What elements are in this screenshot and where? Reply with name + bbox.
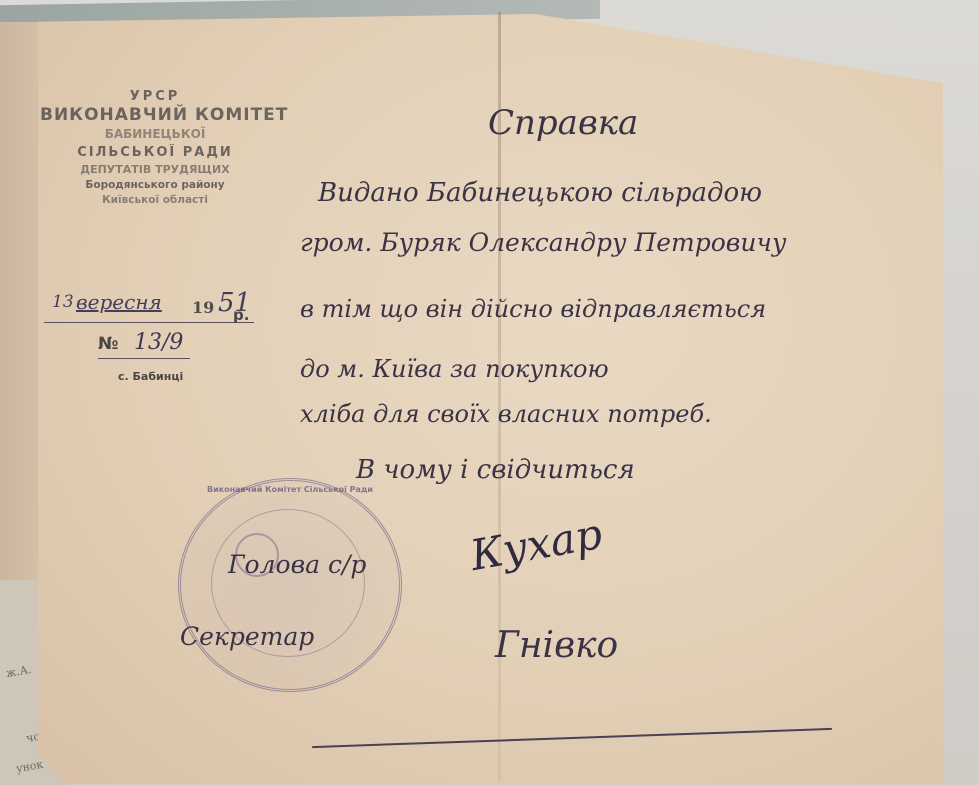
stamp-line-district: Бородянського району (40, 180, 270, 191)
official-round-seal: Виконавчий Комітет Сільської Ради (178, 478, 402, 692)
scrap-text: ж.А. (5, 663, 32, 680)
document-title: Справка (488, 103, 638, 143)
body-line-5: хліба для своїх власних потреб. (300, 400, 712, 428)
chairman-label: Голова с/р (228, 550, 366, 579)
stamp-line-deputies: ДЕПУТАТІВ ТРУДЯЩИХ (40, 164, 270, 175)
date-year-prefix: 19 (192, 298, 214, 317)
document-number: № 13/9 (98, 330, 190, 359)
office-stamp-header: УРСР ВИКОНАВЧИЙ КОМІТЕТ БАБИНЕЦЬКОЇ СІЛЬ… (40, 90, 270, 205)
closing-line: В чому і свідчиться (356, 455, 635, 485)
stamp-line-ursr: УРСР (40, 90, 270, 103)
date-suffix: р. (233, 306, 249, 324)
number-value: 13/9 (134, 330, 183, 355)
seal-text: Виконавчий Комітет Сільської Ради (181, 485, 399, 494)
body-line-1: Видано Бабинецькою сільрадою (318, 178, 762, 208)
body-line-4: до м. Київа за покупкою (300, 355, 609, 383)
village-name: с. Бабинці (118, 370, 183, 383)
date-month: вересня (76, 290, 162, 314)
body-line-3: в тім що він дійсно відправляється (300, 295, 766, 323)
date-day: 13 (52, 292, 74, 312)
secretary-label: Секретар (180, 622, 314, 651)
secretary-signature: Гнівко (495, 625, 618, 666)
issue-date: 13 вересня 19 51 (44, 290, 254, 323)
stamp-line-rural-council: СІЛЬСЬКОЇ РАДИ (40, 146, 270, 159)
number-sign: № (98, 334, 118, 354)
stamp-line-oblast: Київської області (40, 195, 270, 206)
stamp-line-village-council: БАБИНЕЦЬКОЇ (40, 128, 270, 140)
stamp-line-committee: ВИКОНАВЧИЙ КОМІТЕТ (40, 107, 270, 124)
scrap-text: унок (15, 758, 44, 776)
body-line-2: гром. Буряк Олександру Петровичу (300, 228, 787, 257)
